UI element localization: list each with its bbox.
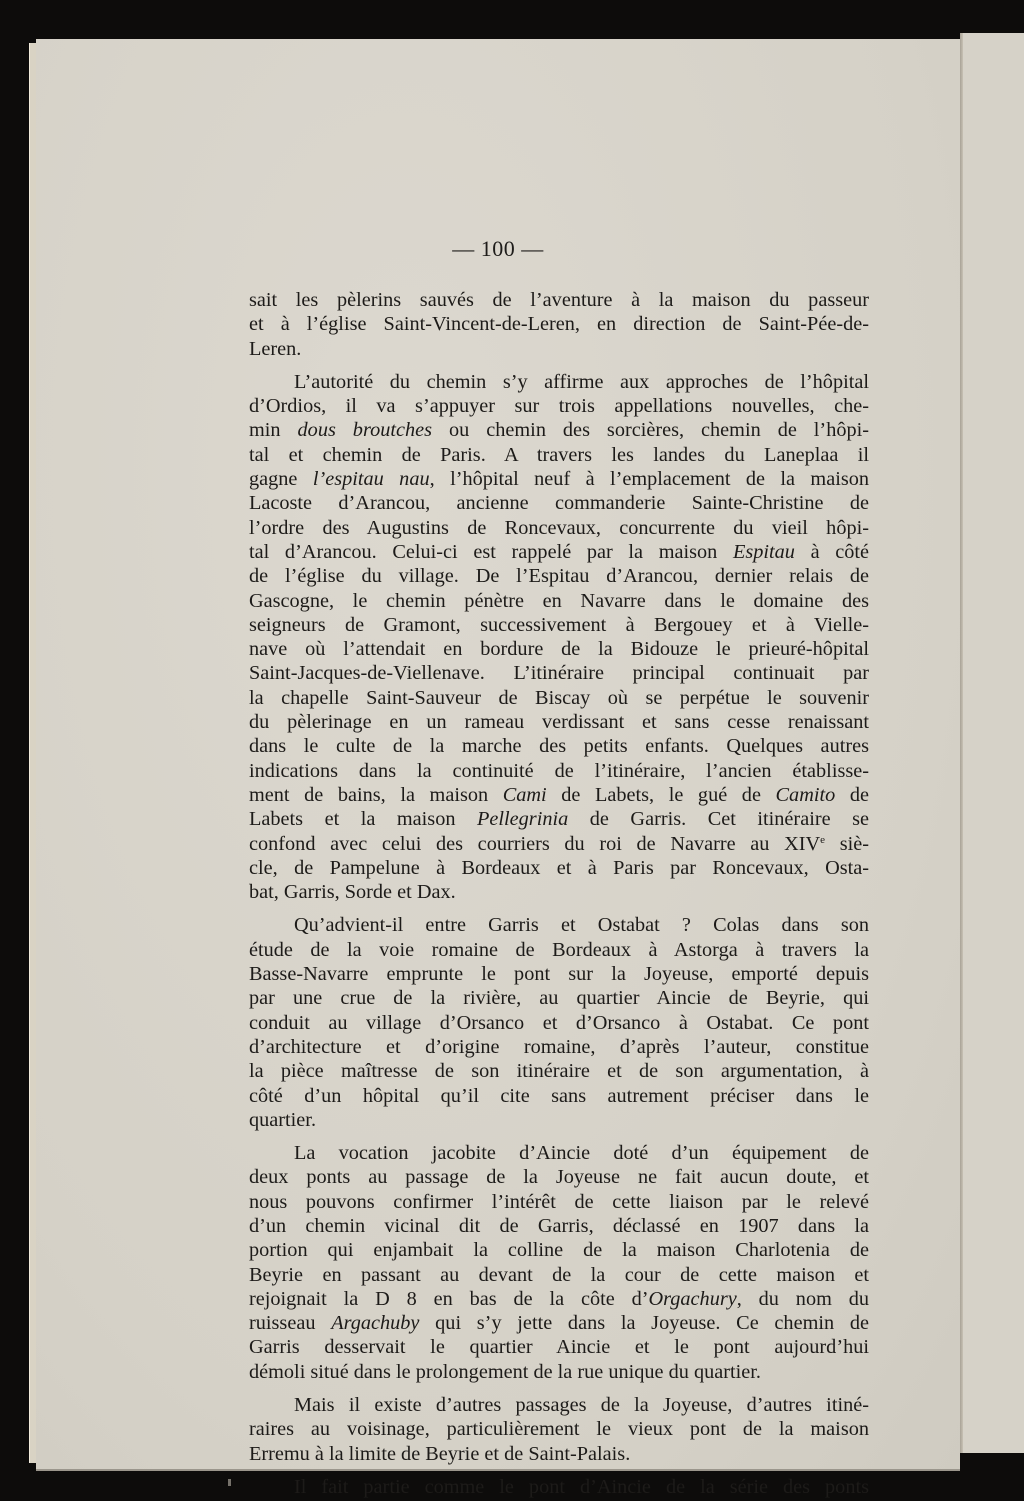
text-line: et à l’église Saint-Vincent-de-Leren, en… xyxy=(249,312,869,336)
text-line: min dous broutches ou chemin des sorcièr… xyxy=(249,418,869,442)
text-line: d’architecture et d’origine romaine, d’a… xyxy=(249,1035,869,1059)
paragraph: L’autorité du chemin s’y affirme aux app… xyxy=(249,370,869,905)
text-line: la pièce maîtresse de son itinéraire et … xyxy=(249,1059,869,1083)
text-line: côté d’un hôpital qu’il cite sans autrem… xyxy=(249,1084,869,1108)
text-line: conduit au village d’Orsanco et d’Orsanc… xyxy=(249,1011,869,1035)
text-line: de l’église du village. De l’Espitau d’A… xyxy=(249,564,869,588)
text-line: démoli situé dans le prolongement de la … xyxy=(249,1360,869,1384)
text-line: l’ordre des Augustins de Roncevaux, conc… xyxy=(249,516,869,540)
text-line: Leren. xyxy=(249,337,869,361)
text-line: bat, Garris, Sorde et Dax. xyxy=(249,880,869,904)
text-line: par une crue de la rivière, au quartier … xyxy=(249,986,869,1010)
text-line: indications dans la continuité de l’itin… xyxy=(249,759,869,783)
italic-term: Pellegrinia xyxy=(477,808,568,830)
italic-term: l’espitau nau xyxy=(313,468,430,490)
text-line: gagne l’espitau nau, l’hôpital neuf à l’… xyxy=(249,467,869,491)
paper-speck xyxy=(228,1479,231,1486)
text-line: La vocation jacobite d’Aincie doté d’un … xyxy=(249,1141,869,1165)
text-line: Saint-Jacques-de-Viellenave. L’itinérair… xyxy=(249,661,869,685)
superscript: e xyxy=(820,834,825,846)
text-line: confond avec celui des courriers du roi … xyxy=(249,832,869,856)
text-line: d’Ordios, il va s’appuyer sur trois appe… xyxy=(249,394,869,418)
text-line: Mais il existe d’autres passages de la J… xyxy=(249,1393,869,1417)
text-line: deux ponts au passage de la Joyeuse ne f… xyxy=(249,1165,869,1189)
text-line: L’autorité du chemin s’y affirme aux app… xyxy=(249,370,869,394)
text-line: Qu’advient-il entre Garris et Ostabat ? … xyxy=(249,913,869,937)
body-text: sait les pèlerins sauvés de l’aventure à… xyxy=(249,288,869,1501)
book-page: — 100 — sait les pèlerins sauvés de l’av… xyxy=(36,39,960,1471)
italic-term: Argachuby xyxy=(331,1312,419,1334)
text-line: dans le culte de la marche des petits en… xyxy=(249,734,869,758)
text-line: Labets et la maison Pellegrinia de Garri… xyxy=(249,807,869,831)
facing-page-edge xyxy=(963,33,1024,1453)
text-line: du pèlerinage en un rameau verdissant et… xyxy=(249,710,869,734)
text-line: seigneurs de Gramont, successivement à B… xyxy=(249,613,869,637)
text-line: rejoignait la D 8 en bas de la côte d’Or… xyxy=(249,1287,869,1311)
text-line: Garris desservait le quartier Aincie et … xyxy=(249,1335,869,1359)
text-line: la chapelle Saint-Sauveur de Biscay où s… xyxy=(249,686,869,710)
text-line: ruisseau Argachuby qui s’y jette dans la… xyxy=(249,1311,869,1335)
text-line: quartier. xyxy=(249,1108,869,1132)
text-line: portion qui enjambait la colline de la m… xyxy=(249,1238,869,1262)
italic-term: Espitau xyxy=(733,541,795,563)
text-line: sait les pèlerins sauvés de l’aventure à… xyxy=(249,288,869,312)
italic-term: Orgachury xyxy=(648,1288,736,1310)
text-line: d’un chemin vicinal dit de Garris, décla… xyxy=(249,1214,869,1238)
text-line: Basse-Navarre emprunte le pont sur la Jo… xyxy=(249,962,869,986)
text-line: raires au voisinage, particulièrement le… xyxy=(249,1417,869,1441)
italic-term: Camito xyxy=(776,784,836,806)
text-line: tal et chemin de Paris. A travers les la… xyxy=(249,443,869,467)
text-line: Beyrie en passant au devant de la cour d… xyxy=(249,1263,869,1287)
paragraph: La vocation jacobite d’Aincie doté d’un … xyxy=(249,1141,869,1384)
text-line: Lacoste d’Arancou, ancienne commanderie … xyxy=(249,491,869,515)
paragraph: Qu’advient-il entre Garris et Ostabat ? … xyxy=(249,913,869,1132)
italic-term: Cami xyxy=(503,784,547,806)
paragraph: Mais il existe d’autres passages de la J… xyxy=(249,1393,869,1466)
text-line: Erremu à la limite de Beyrie et de Saint… xyxy=(249,1442,869,1466)
text-line: étude de la voie romaine de Bordeaux à A… xyxy=(249,938,869,962)
text-line: cle, de Pampelune à Bordeaux et à Paris … xyxy=(249,856,869,880)
page-number: — 100 — xyxy=(36,236,960,262)
text-line: nous pouvons confirmer l’intérêt de cett… xyxy=(249,1190,869,1214)
text-line: Il fait partie comme le pont d’Aincie de… xyxy=(249,1475,869,1499)
paragraph: sait les pèlerins sauvés de l’aventure à… xyxy=(249,288,869,361)
paragraph: Il fait partie comme le pont d’Aincie de… xyxy=(249,1475,869,1499)
text-line: ment de bains, la maison Cami de Labets,… xyxy=(249,783,869,807)
text-line: tal d’Arancou. Celui-ci est rappelé par … xyxy=(249,540,869,564)
text-line: Gascogne, le chemin pénètre en Navarre d… xyxy=(249,589,869,613)
text-line: nave où l’attendait en bordure de la Bid… xyxy=(249,637,869,661)
italic-term: dous broutches xyxy=(298,419,433,441)
